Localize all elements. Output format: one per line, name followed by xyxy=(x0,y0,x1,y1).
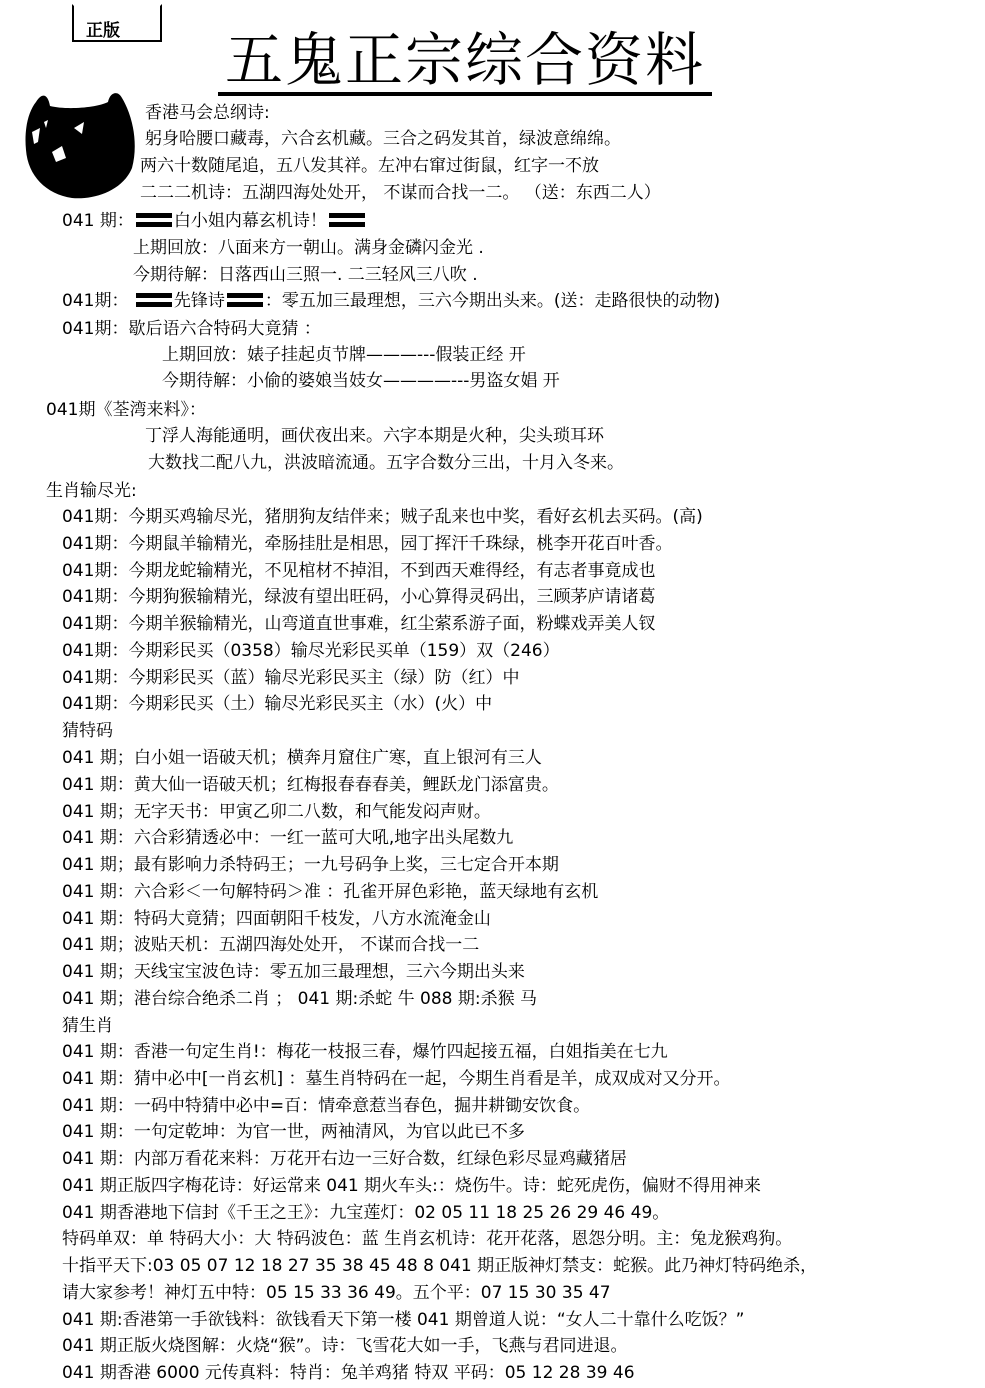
text-line: 041期：今期彩民买（蓝）输尽光彩民买主（绿）防（红）中 xyxy=(62,667,519,689)
text-line: 041期：今期彩民买（0358）输尽光彩民买单（159）双（246） xyxy=(62,640,560,662)
page-title: 五鬼正宗综合资料 xyxy=(218,28,712,96)
line-text: 上期回放：婊子挂起贞节牌———---假装正经 开 xyxy=(162,345,526,365)
line-text: 041 期香港 6000 元传真料：特肖：兔羊鸡猪 特双 平码：05 12 28… xyxy=(62,1363,635,1383)
double-bar-icon xyxy=(227,293,263,307)
text-line: 041期：今期买鸡输尽光，猪朋狗友结伴来；贼子乱来也中奖，看好玄机去买码。(高) xyxy=(62,506,703,528)
line-text: 041 期：内部万看花来料：万花开右边一三好合数，红绿色彩尽显鸡藏猪居 xyxy=(62,1149,627,1169)
line-text: 041 期；港台综合绝杀二肖 ； 041 期:杀蛇 牛 088 期:杀猴 马 xyxy=(62,989,537,1009)
line-text: 041 期；无字天书：甲寅乙卯二八数，和气能发闷声财。 xyxy=(62,802,491,822)
text-line: 041 期：一句定乾坤：为官一世，两袖清风，为官以此已不多 xyxy=(62,1121,525,1143)
genuine-badge: 正版 xyxy=(72,4,162,42)
line-text: 041 期：一句定乾坤：为官一世，两袖清风，为官以此已不多 xyxy=(62,1122,525,1142)
line-text: 041期：今期龙蛇输精光，不见棺材不掉泪，不到西天难得经，有志者事竟成也 xyxy=(62,561,655,581)
line-text: 041 期：一码中特猜中必中=百：情牵意惹当春色，掘井耕锄安饮食。 xyxy=(62,1096,590,1116)
line-text: 041 期：猜中必中[一肖玄机] ：墓生肖特码在一起，今期生肖看是羊，成双成对又… xyxy=(62,1069,731,1089)
line-text: 041 期；波贴天机：五湖四海处处开， 不谋而合找一二 xyxy=(62,935,479,955)
line-text: 041 期正版火烧图解：火烧“猴”。诗：飞雪花大如一手，飞燕与君同进退。 xyxy=(62,1336,627,1356)
text-line: 大数找二配八九，洪波暗流通。五字合数分三出，十月入冬来。 xyxy=(148,452,624,474)
text-line: 上期回放：婊子挂起贞节牌———---假装正经 开 xyxy=(162,344,526,366)
line-text: 生肖输尽光: xyxy=(46,481,137,501)
text-line: 041 期：香港一句定生肖!：梅花一枝报三春，爆竹四起接五福，白姐指美在七九 xyxy=(62,1041,668,1063)
text-line: 041 期；白小姐一语破天机；横奔月窟住广寒，直上银河有三人 xyxy=(62,747,542,769)
text-line: 041 期；港台综合绝杀二肖 ； 041 期:杀蛇 牛 088 期:杀猴 马 xyxy=(62,988,537,1010)
line-text: 041期：歇后语六合特码大竟猜 ： xyxy=(62,319,321,339)
line-text: 今期待解：日落西山三照一. 二三轻风三八吹 . xyxy=(133,265,478,285)
text-line: 041 期：黄大仙一语破天机；红梅报春春春美，鲤跃龙门添富贵。 xyxy=(62,774,559,796)
text-line: 041 期香港 6000 元传真料：特肖：兔羊鸡猪 特双 平码：05 12 28… xyxy=(62,1362,635,1384)
text-line: 猜生肖 xyxy=(62,1015,113,1037)
text-line: 041期：今期狗猴输精光，绿波有望出旺码，小心算得灵码出，三顾茅庐请诸葛 xyxy=(62,586,655,608)
text-line: 041 期:香港第一手欲钱料：欲钱看天下第一楼 041 期曾道人说：“女人二十靠… xyxy=(62,1309,744,1331)
line-text: 丁浮人海能通明，画伏夜出来。六字本期是火种，尖头琐耳环 xyxy=(145,426,604,446)
line-text: 上期回放：八面来方一朝山。满身金磷闪金光 . xyxy=(133,238,484,258)
text-line: 041 期：内部万看花来料：万花开右边一三好合数，红绿色彩尽显鸡藏猪居 xyxy=(62,1148,627,1170)
line-text: 041 期：香港一句定生肖!：梅花一枝报三春，爆竹四起接五福，白姐指美在七九 xyxy=(62,1042,668,1062)
text-line: 041期： 先锋诗：零五加三最理想，三六今期出头来。(送：走路很快的动物) xyxy=(62,290,720,312)
text-line: 041期《荃湾来料》： xyxy=(46,399,206,421)
issue-prefix: 041 期： xyxy=(62,211,134,231)
double-bar-icon xyxy=(329,213,365,227)
line-text: 大数找二配八九，洪波暗流通。五字合数分三出，十月入冬来。 xyxy=(148,453,624,473)
line-text: 041 期：特码大竟猜；四面朝阳千枝发，八方水流淹金山 xyxy=(62,909,491,929)
line-text: 十指平天下:03 05 07 12 18 27 35 38 45 48 8 04… xyxy=(62,1256,817,1276)
text-line: 041 期：六合彩＜一句解特码＞准 ：孔雀开屏色彩艳，蓝天绿地有玄机 xyxy=(62,881,598,903)
badge-label: 正版 xyxy=(86,16,120,41)
text-line: 041 期正版火烧图解：火烧“猴”。诗：飞雪花大如一手，飞燕与君同进退。 xyxy=(62,1335,627,1357)
text-line: 两六十数随尾追，五八发其祥。左冲右窜过街鼠，红字一不放 xyxy=(140,155,599,177)
line-suffix: ：零五加三最理想，三六今期出头来。(送：走路很快的动物) xyxy=(265,291,720,311)
double-bar-icon xyxy=(136,213,172,227)
text-line: 041 期；无字天书：甲寅乙卯二八数，和气能发闷声财。 xyxy=(62,801,491,823)
text-line: 今期待解：小偷的婆娘当妓女————---男盗女娼 开 xyxy=(162,370,560,392)
line-text: 041 期香港地下信封《千王之王》：九宝莲灯：02 05 11 18 25 26… xyxy=(62,1203,669,1223)
text-line: 041 期；天线宝宝波色诗：零五加三最理想，三六今期出头来 xyxy=(62,961,525,983)
text-line: 二二二机诗：五湖四海处处开， 不谋而合找一二。 （送：东西二人） xyxy=(140,182,661,204)
text-line: 041 期：特码大竟猜；四面朝阳千枝发，八方水流淹金山 xyxy=(62,908,491,930)
text-line: 躬身哈腰口藏毒，六合玄机藏。三合之码发其首，绿波意绵绵。 xyxy=(145,128,621,150)
line-text: 041期：今期彩民买（土）输尽光彩民买主（水）(火）中 xyxy=(62,694,492,714)
line-text: 请大家参考！神灯五中特：05 15 33 36 49。五个平：07 15 30 … xyxy=(62,1283,611,1303)
text-line: 041 期香港地下信封《千王之王》：九宝莲灯：02 05 11 18 25 26… xyxy=(62,1202,669,1224)
line-text: 今期待解：小偷的婆娘当妓女————---男盗女娼 开 xyxy=(162,371,560,391)
line-text: 041期：今期鼠羊输精光，牵肠挂肚是相思，园丁挥汗千珠绿，桃李开花百叶香。 xyxy=(62,534,672,554)
text-line: 香港马会总纲诗: xyxy=(145,102,270,124)
line-text: 041 期正版四字梅花诗：好运常来 041 期火车头:：烧伤牛。诗：蛇死虎伤，偏… xyxy=(62,1176,761,1196)
text-line: 041 期；波贴天机：五湖四海处处开， 不谋而合找一二 xyxy=(62,934,479,956)
line-text: 041期：今期羊猴输精光，山弯道直世事难，红尘萦系游子面，粉蝶戏弄美人钗 xyxy=(62,614,655,634)
text-line: 041 期：一码中特猜中必中=百：情牵意惹当春色，掘井耕锄安饮食。 xyxy=(62,1095,590,1117)
line-text: 041期：今期买鸡输尽光，猪朋狗友结伴来；贼子乱来也中奖，看好玄机去买码。(高) xyxy=(62,507,703,527)
line-text: 特码单双：单 特码大小：大 特码波色：蓝 生肖玄机诗：花开花落，恩怨分明。主：兔… xyxy=(62,1229,792,1249)
text-line: 特码单双：单 特码大小：大 特码波色：蓝 生肖玄机诗：花开花落，恩怨分明。主：兔… xyxy=(62,1228,792,1250)
line-text: 041期：今期彩民买（0358）输尽光彩民买单（159）双（246） xyxy=(62,641,560,661)
text-line: 041 期正版四字梅花诗：好运常来 041 期火车头:：烧伤牛。诗：蛇死虎伤，偏… xyxy=(62,1175,761,1197)
line-text: 041 期：黄大仙一语破天机；红梅报春春春美，鲤跃龙门添富贵。 xyxy=(62,775,559,795)
text-line: 041期：今期羊猴输精光，山弯道直世事难，红尘萦系游子面，粉蝶戏弄美人钗 xyxy=(62,613,655,635)
line-text: 041 期：六合彩＜一句解特码＞准 ：孔雀开屏色彩艳，蓝天绿地有玄机 xyxy=(62,882,598,902)
text-line: 猜特码 xyxy=(62,720,113,742)
line-text: 白小姐内幕玄机诗！ xyxy=(174,211,327,231)
text-line: 041 期：六合彩猜透必中：一红一蓝可大吼,地字出头尾数九 xyxy=(62,827,513,849)
ghost-face-icon xyxy=(22,88,140,200)
text-line: 生肖输尽光: xyxy=(46,480,137,502)
line-text: 躬身哈腰口藏毒，六合玄机藏。三合之码发其首，绿波意绵绵。 xyxy=(145,129,621,149)
text-line: 041 期：白小姐内幕玄机诗！ xyxy=(62,210,367,232)
text-line: 041 期：猜中必中[一肖玄机] ：墓生肖特码在一起，今期生肖看是羊，成双成对又… xyxy=(62,1068,731,1090)
issue-prefix: 041期： xyxy=(62,291,134,311)
line-text: 香港马会总纲诗: xyxy=(145,103,270,123)
text-line: 请大家参考！神灯五中特：05 15 33 36 49。五个平：07 15 30 … xyxy=(62,1282,611,1304)
text-line: 十指平天下:03 05 07 12 18 27 35 38 45 48 8 04… xyxy=(62,1255,817,1277)
line-text: 041 期:香港第一手欲钱料：欲钱看天下第一楼 041 期曾道人说：“女人二十靠… xyxy=(62,1310,744,1330)
line-text: 先锋诗 xyxy=(174,291,225,311)
line-text: 两六十数随尾追，五八发其祥。左冲右窜过街鼠，红字一不放 xyxy=(140,156,599,176)
text-line: 041期：今期鼠羊输精光，牵肠挂肚是相思，园丁挥汗千珠绿，桃李开花百叶香。 xyxy=(62,533,672,555)
line-text: 041 期；白小姐一语破天机；横奔月窟住广寒，直上银河有三人 xyxy=(62,748,542,768)
text-line: 041期：今期彩民买（土）输尽光彩民买主（水）(火）中 xyxy=(62,693,492,715)
line-text: 041期：今期彩民买（蓝）输尽光彩民买主（绿）防（红）中 xyxy=(62,668,519,688)
line-text: 041 期；最有影响力杀特码王；一九号码争上奖，三七定合开本期 xyxy=(62,855,559,875)
line-text: 二二二机诗：五湖四海处处开， 不谋而合找一二。 （送：东西二人） xyxy=(140,183,661,203)
line-text: 041期：今期狗猴输精光，绿波有望出旺码，小心算得灵码出，三顾茅庐请诸葛 xyxy=(62,587,655,607)
line-text: 猜生肖 xyxy=(62,1016,113,1036)
line-text: 041期《荃湾来料》： xyxy=(46,400,206,420)
double-bar-icon xyxy=(136,293,172,307)
line-text: 041 期；天线宝宝波色诗：零五加三最理想，三六今期出头来 xyxy=(62,962,525,982)
text-line: 上期回放：八面来方一朝山。满身金磷闪金光 . xyxy=(133,237,484,259)
text-line: 今期待解：日落西山三照一. 二三轻风三八吹 . xyxy=(133,264,478,286)
line-text: 041 期：六合彩猜透必中：一红一蓝可大吼,地字出头尾数九 xyxy=(62,828,513,848)
text-line: 041期：今期龙蛇输精光，不见棺材不掉泪，不到西天难得经，有志者事竟成也 xyxy=(62,560,655,582)
line-text: 猜特码 xyxy=(62,721,113,741)
text-line: 041 期；最有影响力杀特码王；一九号码争上奖，三七定合开本期 xyxy=(62,854,559,876)
text-line: 丁浮人海能通明，画伏夜出来。六字本期是火种，尖头琐耳环 xyxy=(145,425,604,447)
text-line: 041期：歇后语六合特码大竟猜 ： xyxy=(62,318,321,340)
